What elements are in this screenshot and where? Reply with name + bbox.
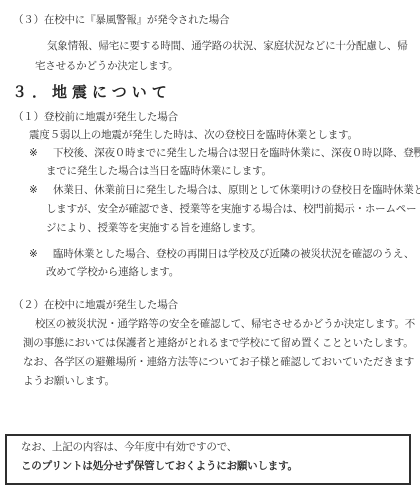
note1-line2: までに発生した場合は当日を臨時休業にします。 (46, 165, 272, 178)
reference-mark-icon: ※ (29, 147, 53, 160)
reference-mark-icon: ※ (29, 184, 53, 197)
during-school-body-line4: ようお願いします。 (23, 375, 115, 388)
during-school-label: （２）在校中に地震が発生した場合 (13, 299, 178, 312)
notice-box-line2-bold: このプリントは処分せず保管しておくようにお願いします。 (21, 460, 298, 473)
note3-text1: 臨時休業とした場合、登校の再開日は学校及び近隣の被災状況を確認のうえ、 (53, 248, 414, 260)
before-school-lead: 震度５弱以上の地震が発生した時は、次の登校日を臨時休業とします。 (29, 129, 358, 142)
during-school-body-line3: なお、各学区の避難場所・連絡方法等についてお子様と確認しておいていただきます (23, 356, 414, 369)
note2-line1: ※休業日、休業前日に発生した場合は、原則として休業明けの登校日を臨時休業と (29, 184, 420, 197)
reference-mark-icon: ※ (29, 248, 53, 261)
storm-section-label: （３）在校中に『暴風警報』が発令された場合 (13, 14, 229, 27)
notice-box-line1: なお、上記の内容は、今年度中有効ですので、 (21, 441, 237, 454)
earthquake-heading: ３．地震について (12, 84, 172, 102)
during-school-body-line1: 校区の被災状況・通学路等の安全を確認して、帰宅させるかどうか決定します。不 (35, 318, 415, 331)
storm-section-body-line2: 宅させるかどうか決定します。 (35, 60, 178, 73)
note1-line1: ※下校後、深夜０時までに発生した場合は翌日を臨時休業に、深夜０時以降、登校 (29, 147, 420, 160)
during-school-body-line2: 測の事態においては保護者と連絡がとれるまで学校にて留め置くことといたします。 (23, 337, 414, 350)
before-school-label: （１）登校前に地震が発生した場合 (13, 111, 178, 124)
note3-line1: ※臨時休業とした場合、登校の再開日は学校及び近隣の被災状況を確認のうえ、 (29, 248, 414, 261)
note3-line2: 改めて学校から連絡します。 (46, 266, 179, 279)
storm-section-body-line1: 気象情報、帰宅に要する時間、通学路の状況、家庭状況などに十分配慮し、帰 (47, 40, 408, 53)
scan-artifact-mark (414, 147, 420, 153)
note2-text1: 休業日、休業前日に発生した場合は、原則として休業明けの登校日を臨時休業と (53, 184, 420, 196)
note2-line2: しますが、安全が確認でき、授業等を実施する場合は、校門前掲示・ホームペー (46, 203, 416, 216)
note2-line3: ジにより、授業等を実施する旨を連絡します。 (46, 222, 261, 235)
note1-text1: 下校後、深夜０時までに発生した場合は翌日を臨時休業に、深夜０時以降、登校 (53, 147, 420, 159)
document-page: （３）在校中に『暴風警報』が発令された場合 気象情報、帰宅に要する時間、通学路の… (0, 0, 420, 493)
